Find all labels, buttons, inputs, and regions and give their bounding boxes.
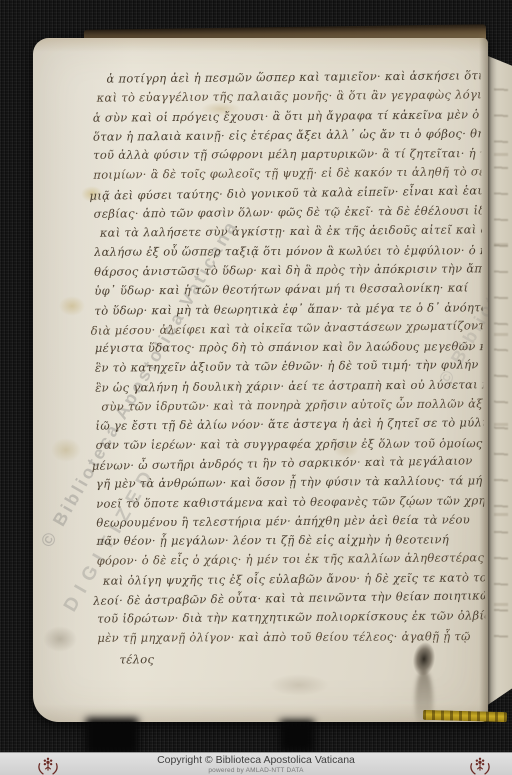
manuscript-line: ἰῶ γε ἔστι τῇ δὲ ἀλίω νόον· ἅτε ἀστεγα ἡ… <box>95 414 483 437</box>
fore-edge-bleed-marks <box>494 86 508 646</box>
copyright-text: Copyright © Biblioteca Apostolica Vatica… <box>157 755 355 766</box>
footer-bar: Copyright © Biblioteca Apostolica Vatica… <box>0 752 512 775</box>
page-stain <box>43 626 77 652</box>
page-stain <box>51 438 81 462</box>
manuscript-viewer: © Biblioteca Apostolica Vaticana DIGITIZ… <box>0 0 512 775</box>
manuscript-line: τοῦ ἀλλὰ φύσιν τῇ σώφρονι μέλη μαρτυρικῶ… <box>93 144 481 165</box>
vatican-seal-icon <box>36 755 60 775</box>
page-stain <box>269 674 329 696</box>
manuscript-line: λαλήσω ἐξ οὗ ὥσπερ ταξιᾷ ὅτι μόνον ἃ κωλ… <box>94 241 482 262</box>
manuscript-line: καὶ τὰ λαλήσετε σὺν ἀγκίστῃ· καὶ ἃ ἐκ τῆ… <box>100 221 482 244</box>
book-shadow <box>86 718 138 754</box>
manuscript-text: ἁ ποτίγρη ἀεὶ ἡ πεσμῶν ὥσπερ καὶ ταμιεῖο… <box>92 66 485 670</box>
manuscript-page: © Biblioteca Apostolica Vaticana DIGITIZ… <box>33 38 488 722</box>
powered-by-text: powered by AMLAD-NTT DATA <box>208 768 303 775</box>
manuscript-line: μέγιστα ὕδατος· πρὸς δὴ τὸ σπάνιον καὶ ὂ… <box>95 337 483 358</box>
book-fore-edge <box>488 56 512 708</box>
vatican-seal-icon <box>468 755 492 775</box>
book-shadow <box>280 720 314 752</box>
page-stain <box>59 296 85 316</box>
manuscript-line: πᾶν θέον· ᾗ μεγάλων· λέον τι ζῇ δὲ εἰς α… <box>96 530 484 551</box>
